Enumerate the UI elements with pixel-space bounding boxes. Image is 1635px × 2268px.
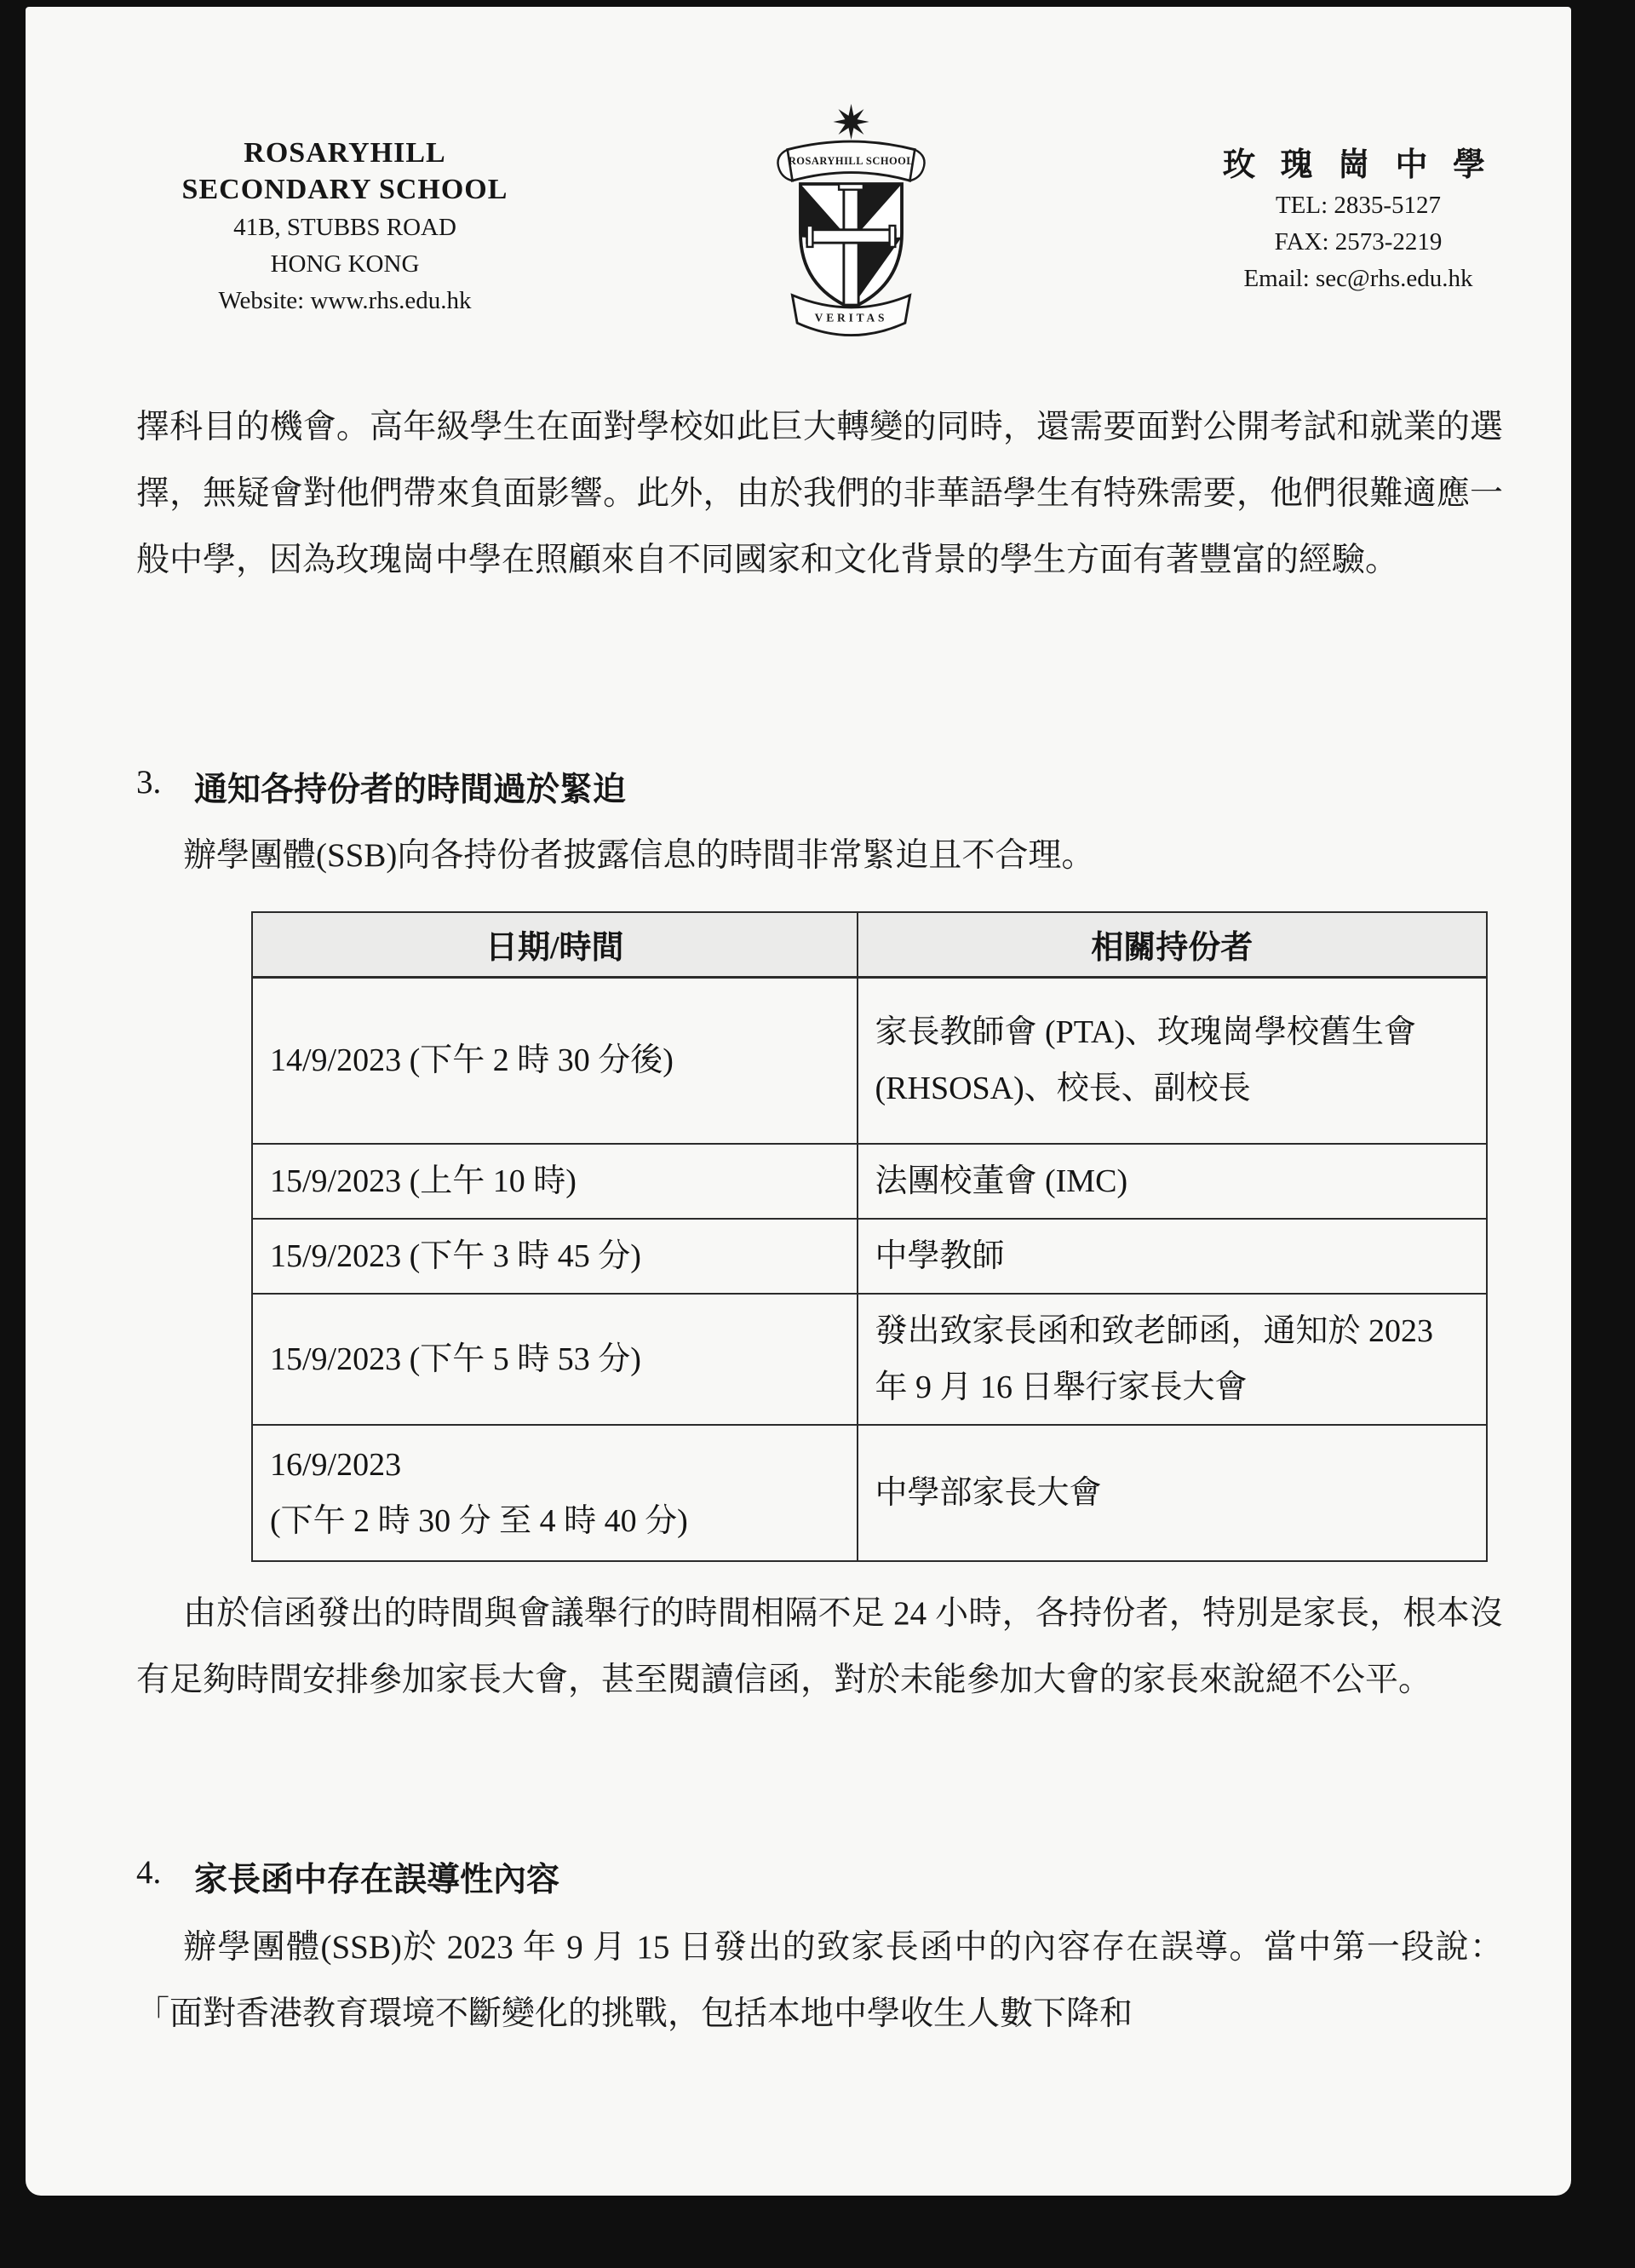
datetime-cell: 15/9/2023 (下午 3 時 45 分) bbox=[252, 1219, 858, 1294]
section-3-number: 3. bbox=[136, 763, 194, 811]
datetime-cell: 15/9/2023 (下午 5 時 53 分) bbox=[252, 1294, 858, 1425]
school-email: Email: sec@rhs.edu.hk bbox=[1179, 261, 1537, 297]
school-fax: FAX: 2573-2219 bbox=[1179, 224, 1537, 261]
section-4-number: 4. bbox=[136, 1853, 194, 1901]
datetime-cell: 16/9/2023 (下午 2 時 30 分 至 4 時 40 分) bbox=[252, 1425, 858, 1561]
school-website: Website: www.rhs.edu.hk bbox=[136, 284, 554, 318]
table-header-stakeholder: 相關持份者 bbox=[858, 912, 1488, 977]
section-3-conclusion: 由於信函發出的時間與會議舉行的時間相隔不足 24 小時，各持份者，特別是家長，根… bbox=[136, 1581, 1503, 1714]
datetime-cell: 15/9/2023 (上午 10 時) bbox=[252, 1144, 858, 1219]
table-row: 15/9/2023 (上午 10 時) 法團校董會 (IMC) bbox=[252, 1144, 1487, 1219]
school-tel: TEL: 2835-5127 bbox=[1179, 187, 1537, 224]
school-address-line1: 41B, STUBBS ROAD bbox=[136, 211, 554, 244]
school-name-line2: SECONDARY SCHOOL bbox=[136, 171, 554, 208]
school-name-chinese: 玫 瑰 崗 中 學 bbox=[1179, 143, 1537, 187]
section-3-intro: 辦學團體(SSB)向各持份者披露信息的時間非常緊迫且不合理。 bbox=[136, 823, 1503, 889]
school-crest: ROSARYHILL SCHOOL VERITAS bbox=[760, 102, 943, 347]
table-row: 14/9/2023 (下午 2 時 30 分後) 家長教師會 (PTA)、玫瑰崗… bbox=[252, 977, 1487, 1144]
stakeholder-cell: 中學部家長大會 bbox=[858, 1425, 1488, 1561]
crest-banner-text: ROSARYHILL SCHOOL bbox=[789, 155, 914, 167]
table-row: 16/9/2023 (下午 2 時 30 分 至 4 時 40 分) 中學部家長… bbox=[252, 1425, 1487, 1561]
star-icon bbox=[833, 104, 869, 140]
stakeholder-cell: 家長教師會 (PTA)、玫瑰崗學校舊生會 (RHSOSA)、校長、副校長 bbox=[858, 977, 1488, 1144]
table-header-row: 日期/時間 相關持份者 bbox=[252, 912, 1487, 977]
section-3-heading: 3. 通知各持份者的時間過於緊迫 bbox=[136, 763, 1503, 811]
table-row: 15/9/2023 (下午 3 時 45 分) 中學教師 bbox=[252, 1219, 1487, 1294]
document-page: ROSARYHILL SECONDARY SCHOOL 41B, STUBBS … bbox=[26, 7, 1571, 2196]
section-3-title: 通知各持份者的時間過於緊迫 bbox=[194, 763, 626, 811]
section-4-heading: 4. 家長函中存在誤導性內容 bbox=[136, 1853, 1503, 1901]
stakeholder-cell: 法團校董會 (IMC) bbox=[858, 1144, 1488, 1219]
stakeholder-cell: 中學教師 bbox=[858, 1219, 1488, 1294]
school-header-en: ROSARYHILL SECONDARY SCHOOL 41B, STUBBS … bbox=[136, 135, 554, 318]
school-crest-icon: ROSARYHILL SCHOOL VERITAS bbox=[760, 102, 943, 347]
section-4-intro: 辦學團體(SSB)於 2023 年 9 月 15 日發出的致家長函中的內容存在誤… bbox=[136, 1915, 1503, 2047]
datetime-cell: 14/9/2023 (下午 2 時 30 分後) bbox=[252, 977, 858, 1144]
table-row: 15/9/2023 (下午 5 時 53 分) 發出致家長函和致老師函，通知於 … bbox=[252, 1294, 1487, 1425]
school-header-zh: 玫 瑰 崗 中 學 TEL: 2835-5127 FAX: 2573-2219 … bbox=[1179, 143, 1537, 297]
paragraph-continuation: 擇科目的機會。高年級學生在面對學校如此巨大轉變的同時，還需要面對公開考試和就業的… bbox=[136, 394, 1503, 594]
crest-motto-text: VERITAS bbox=[815, 311, 888, 324]
table-header-datetime: 日期/時間 bbox=[252, 912, 858, 977]
school-address-line2: HONG KONG bbox=[136, 248, 554, 281]
stakeholder-cell: 發出致家長函和致老師函，通知於 2023 年 9 月 16 日舉行家長大會 bbox=[858, 1294, 1488, 1425]
school-name-line1: ROSARYHILL bbox=[136, 135, 554, 171]
stakeholders-table: 日期/時間 相關持份者 14/9/2023 (下午 2 時 30 分後) 家長教… bbox=[251, 911, 1488, 1562]
section-4-title: 家長函中存在誤導性內容 bbox=[194, 1853, 559, 1901]
